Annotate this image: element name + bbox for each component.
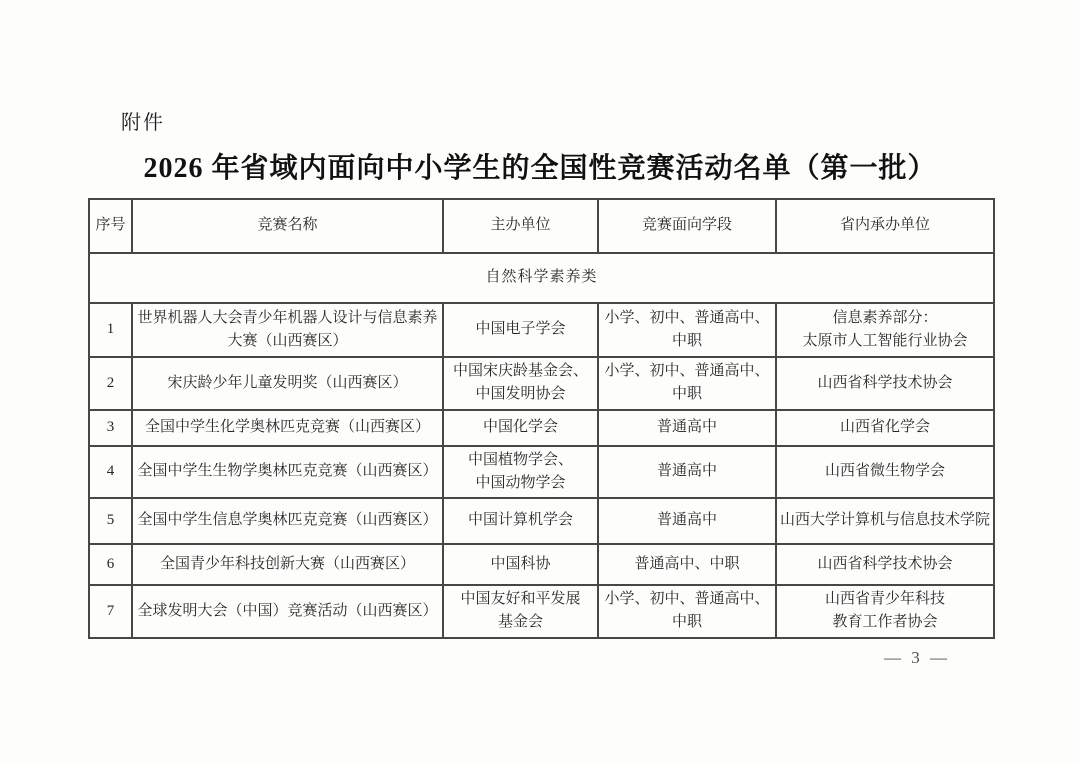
cell-grades: 普通高中 bbox=[598, 446, 776, 499]
cell-undertaker: 山西省科学技术协会 bbox=[776, 357, 994, 410]
cell-grades: 普通高中 bbox=[598, 410, 776, 446]
cell-undertaker: 山西大学计算机与信息技术学院 bbox=[776, 498, 994, 544]
table-row: 5 全国中学生信息学奥林匹克竞赛（山西赛区） 中国计算机学会 普通高中 山西大学… bbox=[89, 498, 994, 544]
cell-competition-name: 全国中学生化学奥林匹克竞赛（山西赛区） bbox=[132, 410, 443, 446]
cell-undertaker: 信息素养部分： 太原市人工智能行业协会 bbox=[776, 303, 994, 357]
cell-serial: 1 bbox=[89, 303, 132, 357]
cell-competition-name: 全国中学生信息学奥林匹克竞赛（山西赛区） bbox=[132, 498, 443, 544]
cell-organizer: 中国电子学会 bbox=[443, 303, 598, 357]
header-organizer: 主办单位 bbox=[443, 199, 598, 253]
category-row: 自然科学素养类 bbox=[89, 253, 994, 303]
cell-undertaker: 山西省青少年科技 教育工作者协会 bbox=[776, 585, 994, 638]
cell-organizer: 中国宋庆龄基金会、 中国发明协会 bbox=[443, 357, 598, 410]
header-competition-name: 竞赛名称 bbox=[132, 199, 443, 253]
page-title: 2026 年省域内面向中小学生的全国性竞赛活动名单（第一批） bbox=[0, 146, 1080, 186]
document-page: 附件 2026 年省域内面向中小学生的全国性竞赛活动名单（第一批） 序号 竞赛名… bbox=[0, 0, 1080, 764]
header-grade-levels: 竞赛面向学段 bbox=[598, 199, 776, 253]
cell-competition-name: 全国青少年科技创新大赛（山西赛区） bbox=[132, 544, 443, 585]
table-row: 2 宋庆龄少年儿童发明奖（山西赛区） 中国宋庆龄基金会、 中国发明协会 小学、初… bbox=[89, 357, 994, 410]
cell-undertaker: 山西省微生物学会 bbox=[776, 446, 994, 499]
table-row: 4 全国中学生生物学奥林匹克竞赛（山西赛区） 中国植物学会、 中国动物学会 普通… bbox=[89, 446, 994, 499]
cell-grades: 小学、初中、普通高中、 中职 bbox=[598, 357, 776, 410]
header-provincial-undertaker: 省内承办单位 bbox=[776, 199, 994, 253]
cell-competition-name: 全球发明大会（中国）竞赛活动（山西赛区） bbox=[132, 585, 443, 638]
cell-competition-name: 全国中学生生物学奥林匹克竞赛（山西赛区） bbox=[132, 446, 443, 499]
cell-organizer: 中国友好和平发展 基金会 bbox=[443, 585, 598, 638]
cell-grades: 小学、初中、普通高中、 中职 bbox=[598, 303, 776, 357]
table-row: 3 全国中学生化学奥林匹克竞赛（山西赛区） 中国化学会 普通高中 山西省化学会 bbox=[89, 410, 994, 446]
cell-grades: 普通高中、中职 bbox=[598, 544, 776, 585]
table-row: 1 世界机器人大会青少年机器人设计与信息素养 大赛（山西赛区） 中国电子学会 小… bbox=[89, 303, 994, 357]
page-number: — 3 — bbox=[884, 648, 950, 668]
table-row: 6 全国青少年科技创新大赛（山西赛区） 中国科协 普通高中、中职 山西省科学技术… bbox=[89, 544, 994, 585]
competition-table: 序号 竞赛名称 主办单位 竞赛面向学段 省内承办单位 自然科学素养类 1 世界机… bbox=[88, 198, 995, 639]
table-header-row: 序号 竞赛名称 主办单位 竞赛面向学段 省内承办单位 bbox=[89, 199, 994, 253]
cell-organizer: 中国科协 bbox=[443, 544, 598, 585]
cell-serial: 7 bbox=[89, 585, 132, 638]
table-row: 7 全球发明大会（中国）竞赛活动（山西赛区） 中国友好和平发展 基金会 小学、初… bbox=[89, 585, 994, 638]
cell-competition-name: 世界机器人大会青少年机器人设计与信息素养 大赛（山西赛区） bbox=[132, 303, 443, 357]
cell-undertaker: 山西省科学技术协会 bbox=[776, 544, 994, 585]
cell-competition-name: 宋庆龄少年儿童发明奖（山西赛区） bbox=[132, 357, 443, 410]
attachment-label: 附件 bbox=[121, 106, 165, 135]
cell-serial: 2 bbox=[89, 357, 132, 410]
cell-serial: 4 bbox=[89, 446, 132, 499]
cell-organizer: 中国植物学会、 中国动物学会 bbox=[443, 446, 598, 499]
cell-serial: 5 bbox=[89, 498, 132, 544]
cell-organizer: 中国计算机学会 bbox=[443, 498, 598, 544]
cell-serial: 6 bbox=[89, 544, 132, 585]
cell-organizer: 中国化学会 bbox=[443, 410, 598, 446]
cell-undertaker: 山西省化学会 bbox=[776, 410, 994, 446]
cell-grades: 小学、初中、普通高中、 中职 bbox=[598, 585, 776, 638]
cell-grades: 普通高中 bbox=[598, 498, 776, 544]
category-label: 自然科学素养类 bbox=[89, 253, 994, 303]
cell-serial: 3 bbox=[89, 410, 132, 446]
header-serial-number: 序号 bbox=[89, 199, 132, 253]
